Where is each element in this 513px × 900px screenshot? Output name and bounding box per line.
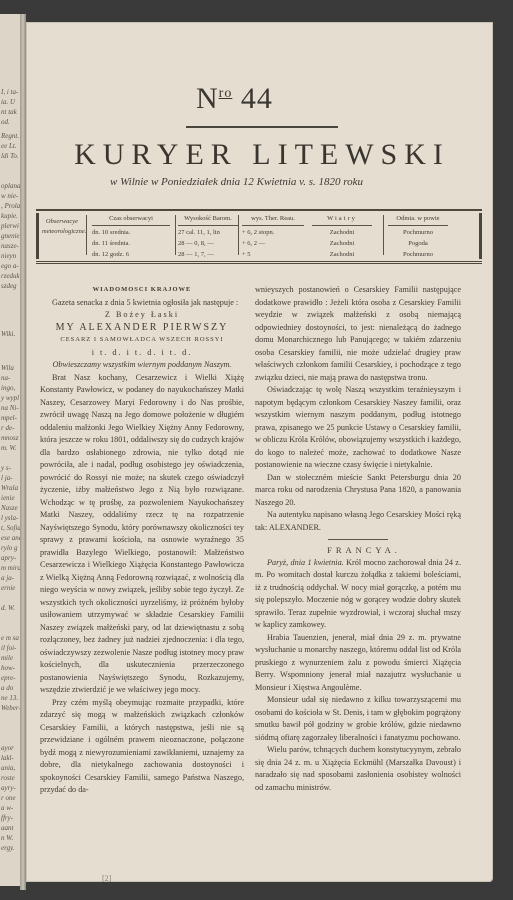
issue-number-sup: ro <box>219 86 233 101</box>
left-page-fragment: od. <box>1 118 10 127</box>
cell: + 6, 2 stopn. <box>242 227 304 238</box>
left-page-fragment: m. W. <box>1 444 17 453</box>
cell: 27 cal. 11, 1, lin <box>178 227 238 238</box>
left-page-fragment: roste <box>1 774 15 783</box>
left-page-fragment: l ysla- <box>1 514 18 523</box>
left-page-fragment: rzeduk <box>1 272 20 281</box>
cell: Pogoda <box>388 238 448 249</box>
left-page-fragment: lakl- <box>1 754 14 763</box>
cell: Pochmurno <box>388 249 448 260</box>
left-page-fragment: apry- <box>1 554 16 563</box>
left-page-fragment: a ja- <box>1 574 14 583</box>
left-page-fragment: Wila <box>1 364 14 373</box>
cell: + 5 <box>242 249 304 260</box>
left-page-fragment: a w- <box>1 804 13 813</box>
left-page-fragment: oplana <box>1 182 20 191</box>
decree-line-1: Z Bożey Łaski <box>40 309 244 322</box>
article-paragraph: Dan w stołeczném mieście Sankt Petersbur… <box>255 472 461 510</box>
weather-table: Obserwacye meteorologiczne. Czas obserwa… <box>36 209 482 264</box>
section-heading-domestic: WIADOMOSCI KRAJOWE <box>40 284 244 297</box>
decree-line-3: CESARZ I SAMOWŁADCA WSZECH ROSSYI <box>40 334 244 347</box>
weather-col-thermometer: wys. Ther. Reau. + 6, 2 stopn. + 6, 2 — … <box>242 213 304 260</box>
left-page-fragment: a do <box>1 684 13 693</box>
cell: Zachodni <box>312 249 372 260</box>
left-page-fragment: Wiki. <box>1 330 15 339</box>
left-page-fragment: aant <box>1 824 13 833</box>
left-page-fragment: ernie <box>1 584 15 593</box>
weather-col-conditions: Odmia. w powie Pochmurno Pogoda Pochmurn… <box>388 213 448 260</box>
left-page-fragment: Weber- <box>1 704 21 713</box>
table-divider <box>175 215 176 255</box>
left-page-fragment: w nie- <box>1 192 18 201</box>
cell: dn. 10 srednia. <box>92 227 170 238</box>
left-page-fragment: rylo g <box>1 544 18 553</box>
section-divider <box>328 539 388 540</box>
cell: Pochmurno <box>388 227 448 238</box>
article-paragraph: Wielu parów, tchnących duchem konstytucy… <box>255 744 461 794</box>
weather-col-time: Czas obserwacyi dn. 10 srednia. dn. 11 ś… <box>92 213 170 260</box>
left-page-fragment: I, i ta- <box>1 88 18 97</box>
article-paragraph: Paryż, dnia 1 kwietnia. Król mocno zacho… <box>255 557 461 632</box>
table-border-left <box>36 213 39 259</box>
left-page-fragment: y wypl <box>1 394 19 403</box>
cell: + 6, 2 — <box>242 238 304 249</box>
article-paragraph: Monsieur udał się niedawno z kilku towar… <box>255 694 461 744</box>
cell: 28 — 0, 8, — <box>178 238 238 249</box>
section-heading-france: FRANCYA. <box>255 544 461 557</box>
left-page-fragment: ienie <box>1 494 15 503</box>
cell: dn. 11 średnia. <box>92 238 170 249</box>
page-mark: [2] <box>102 874 111 883</box>
left-page-fragment: l ja- <box>1 474 12 483</box>
header-rule <box>186 126 338 128</box>
article-paragraph: Przy czém myślą obeymując rozmaite przyp… <box>40 697 244 797</box>
left-page-fragment: ayry- <box>1 784 16 793</box>
cell: Zachodni <box>312 238 372 249</box>
left-page-fragment: y s- <box>1 464 11 473</box>
issue-number-value: 44 <box>241 82 273 115</box>
article-column-right: wnieyszych postanowień o Cesarskiey Fami… <box>255 284 461 794</box>
left-page-fragment: mpel- <box>1 414 17 423</box>
decree-line-2: MY ALEXANDER PIERWSZY <box>40 322 244 335</box>
dateline: w Wilnie w Poniedziałek dnia 12 Kwietnia… <box>110 176 363 188</box>
decree-line-5: Obwieszczamy wszystkim wiernym poddanym … <box>40 359 244 372</box>
left-page-fragment: kupie. <box>1 212 18 221</box>
left-page-fragment: ia. U <box>1 98 15 107</box>
left-page-fragment: plerwi <box>1 222 19 231</box>
weather-col-barometer: Wysokość Barom. 27 cal. 11, 1, lin 28 — … <box>178 213 238 260</box>
left-page-fragment: ergy. <box>1 844 15 853</box>
left-page-fragment: nt tak <box>1 108 17 117</box>
issue-number: Nro 44 <box>196 82 273 116</box>
left-page-fragment: nieyn <box>1 252 16 261</box>
issue-number-prefix: N <box>196 82 219 115</box>
article-paragraph: Oświadczając tę wolę Naszą wszystkim ter… <box>255 384 461 472</box>
left-page-fragment: mnosz <box>1 434 19 443</box>
table-divider <box>86 215 87 255</box>
left-page-fragment: Regnt. <box>1 132 19 141</box>
left-page-fragment: e m sa <box>1 634 19 643</box>
left-page-fragment: , Prola- <box>1 202 22 211</box>
left-page-fragment: ingo, <box>1 384 15 393</box>
col-header: Wysokość Barom. <box>178 213 238 226</box>
masthead-title: KURYER LITEWSKI <box>42 138 482 172</box>
left-page-fragment: ania, <box>1 764 15 773</box>
article-paragraph: wnieyszych postanowień o Cesarskiey Fami… <box>255 284 461 384</box>
left-page-fragment: na- <box>1 374 10 383</box>
decree-line-4: i t. d. i t. d. i t. d. <box>40 347 244 360</box>
left-page-fragment: nasze- <box>1 242 19 251</box>
dispatch-text: Król mocno zachorował dnia 24 z. m. Po w… <box>255 558 461 630</box>
table-border-right <box>479 213 482 259</box>
left-page-fragment: gnenie, <box>1 232 21 241</box>
cell: 28 — 1, 7, — <box>178 249 238 260</box>
left-page-fragment: m mira <box>1 564 21 573</box>
col-header: wys. Ther. Reau. <box>242 213 304 226</box>
cell: dn. 12 godz. 6 <box>92 249 170 260</box>
left-page-fragment: Wrala <box>1 484 18 493</box>
left-page-fragment: na Ni- <box>1 404 19 413</box>
left-page-fragment: r one <box>1 794 16 803</box>
left-page-fragment: how- <box>1 664 15 673</box>
col-header: Odmia. w powie <box>388 213 448 226</box>
left-page-fragment: ne 13. <box>1 694 18 703</box>
article-paragraph: Hrabia Tauenzien, jenerał, miał dnia 29 … <box>255 632 461 695</box>
left-page-fragment: ego a- <box>1 262 19 271</box>
left-page-fragment: ldi To. <box>1 152 19 161</box>
left-page-fragment: r de- <box>1 424 14 433</box>
article-column-left: WIADOMOSCI KRAJOWE Gazeta senacka z dnia… <box>40 284 244 797</box>
article-paragraph: Brat Nasz kochany, Cesarzewicz i Wielki … <box>40 372 244 697</box>
left-page-fragment: ee Lt. <box>1 142 17 151</box>
left-page-fragment: ayor <box>1 744 14 753</box>
left-page-fragment: szdeg <box>1 282 17 291</box>
left-page-fragment: epre- <box>1 674 16 683</box>
left-page-fragment: ffry- <box>1 814 13 823</box>
table-divider <box>383 215 384 255</box>
cell: Zachodni <box>312 227 372 238</box>
left-page-fragment: Nasze <box>1 504 18 513</box>
col-header: Czas obserwacyi <box>92 213 170 226</box>
newspaper-page: Nro 44 KURYER LITEWSKI w Wilnie w Ponied… <box>26 22 493 882</box>
weather-col-winds: Wiatry Zachodni Zachodni Zachodni <box>312 213 372 260</box>
weather-label: Obserwacye meteorologiczne. <box>42 217 82 237</box>
left-page-fragment: ese ana <box>1 534 22 543</box>
left-page-fragment: mile <box>1 654 13 663</box>
col-header: Wiatry <box>312 213 372 226</box>
left-page-fragment: t, Sofia- <box>1 524 22 533</box>
left-page-fragment: d. W. <box>1 604 15 613</box>
signature-paragraph: Na autentyku napisano własną Jego Cesars… <box>255 509 461 534</box>
previous-page-edge: I, i ta-ia. Unt takod.Regnt.ee Lt.ldi To… <box>0 14 22 886</box>
left-page-fragment: il foi- <box>1 644 16 653</box>
dispatch-dateline: Paryż, dnia 1 kwietnia. <box>267 558 344 567</box>
article-intro: Gazeta senacka z dnia 5 kwietnia ogłosił… <box>40 297 244 310</box>
left-page-fragment: n W. <box>1 834 13 843</box>
table-divider <box>238 215 239 255</box>
